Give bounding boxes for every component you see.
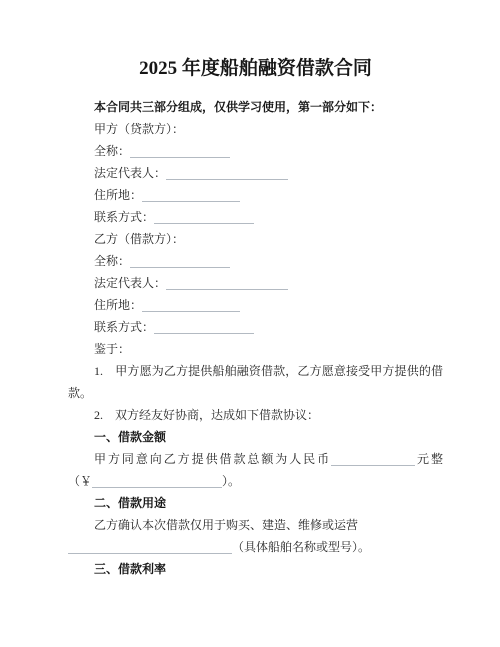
contact-label: 联系方式： — [94, 320, 154, 334]
address-blank — [142, 189, 240, 202]
address-label: 住所地： — [94, 298, 142, 312]
whereas-heading: 鉴于： — [68, 338, 443, 360]
contact-blank — [154, 211, 254, 224]
currency-close: ）。 — [222, 474, 240, 488]
party-b-heading: 乙方（借款方）： — [68, 228, 443, 250]
party-a-field-full-name: 全称： — [68, 140, 443, 162]
full-name-label: 全称： — [94, 144, 130, 158]
section-1-heading: 一、借款金额 — [68, 426, 443, 448]
party-b-field-contact: 联系方式： — [68, 316, 443, 338]
ship-name-blank — [68, 541, 232, 554]
address-label: 住所地： — [94, 188, 142, 202]
party-a-field-address: 住所地： — [68, 184, 443, 206]
section-2-ship-line: （具体船舶名称或型号）。 — [68, 536, 443, 558]
party-b-field-address: 住所地： — [68, 294, 443, 316]
full-name-blank — [130, 145, 230, 158]
clause-2: 2. 双方经友好协商，达成如下借款协议： — [68, 404, 443, 426]
contact-label: 联系方式： — [94, 210, 154, 224]
legal-rep-label: 法定代表人： — [94, 276, 166, 290]
clause-1-line-2: 款。 — [68, 382, 443, 404]
amount-blank — [331, 453, 415, 466]
contact-blank — [154, 321, 254, 334]
intro-note: 本合同共三部分组成，仅供学习使用，第一部分如下： — [68, 96, 443, 118]
party-a-heading: 甲方（贷款方）： — [68, 118, 443, 140]
section-2-heading: 二、借款用途 — [68, 492, 443, 514]
contract-document-page: 2025 年度船舶融资借款合同 本合同共三部分组成，仅供学习使用，第一部分如下：… — [0, 0, 500, 647]
amount-suffix: 元整 — [415, 452, 443, 466]
amount-prefix: 甲方同意向乙方提供借款总额为人民币 — [94, 452, 331, 466]
full-name-blank — [130, 255, 230, 268]
currency-blank — [92, 475, 222, 488]
contract-title: 2025 年度船舶融资借款合同 — [68, 54, 443, 84]
legal-rep-blank — [166, 277, 288, 290]
section-1-currency-line: （￥）。 — [68, 470, 443, 492]
clause-1-line-1: 1. 甲方愿为乙方提供船舶融资借款，乙方愿意接受甲方提供的借 — [68, 360, 443, 382]
section-1-amount-line: 甲方同意向乙方提供借款总额为人民币元整 — [68, 448, 443, 470]
section-2-usage-line: 乙方确认本次借款仅用于购买、建造、维修或运营 — [68, 514, 443, 536]
section-3-heading: 三、借款利率 — [68, 558, 443, 580]
currency-open: （￥ — [68, 474, 92, 488]
party-b-field-full-name: 全称： — [68, 250, 443, 272]
ship-note: （具体船舶名称或型号）。 — [232, 540, 370, 554]
full-name-label: 全称： — [94, 254, 130, 268]
party-b-field-legal-rep: 法定代表人： — [68, 272, 443, 294]
party-a-field-contact: 联系方式： — [68, 206, 443, 228]
legal-rep-blank — [166, 167, 288, 180]
party-a-field-legal-rep: 法定代表人： — [68, 162, 443, 184]
address-blank — [142, 299, 240, 312]
legal-rep-label: 法定代表人： — [94, 166, 166, 180]
